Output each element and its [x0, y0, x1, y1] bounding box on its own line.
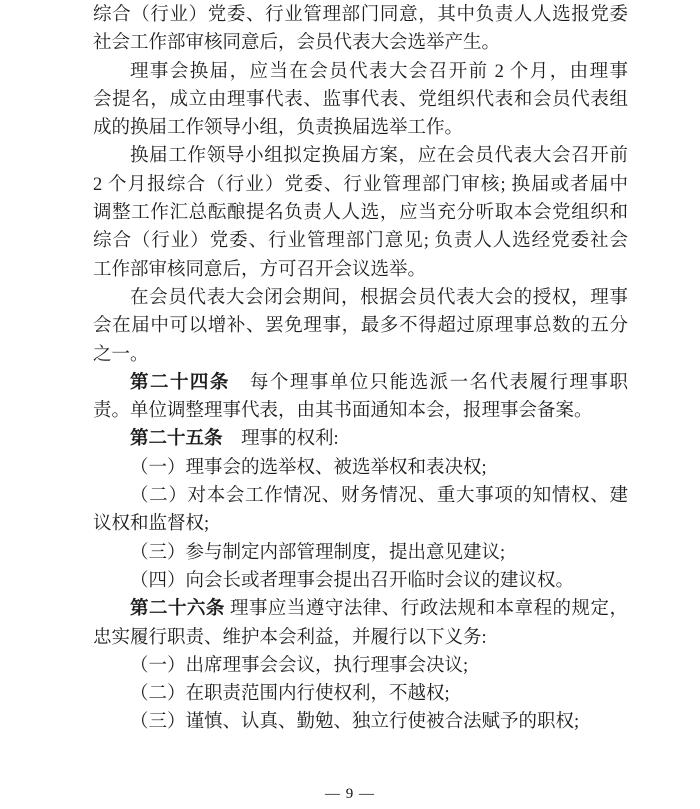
text-line: 调整工作汇总酝酿提名负责人人选，应当充分听取本会党组织和: [93, 199, 628, 227]
text-line: 第二十六条 理事应当遵守法律、行政法规和本章程的规定，: [93, 595, 628, 623]
text-line: 工作部审核同意后，方可召开会议选举。: [93, 256, 628, 284]
text-line: 综合（行业）党委、行业管理部门同意，其中负责人人选报党委: [93, 1, 628, 29]
text-line: 责。单位调整理事代表，由其书面通知本会，报理事会备案。: [93, 397, 628, 425]
page-number: — 9 —: [0, 786, 700, 803]
article-heading: 第二十六条: [130, 599, 225, 619]
text-line: 综合（行业）党委、行业管理部门意见; 负责人人选经党委社会: [93, 227, 628, 255]
text-line: （一）理事会的选举权、被选举权和表决权;: [93, 454, 628, 482]
text-line: （二）在职责范围内行使权利，不越权;: [93, 680, 628, 708]
article-heading: 第二十五条: [130, 429, 223, 449]
text-line: （三）谨慎、认真、勤勉、独立行使被合法赋予的职权;: [93, 708, 628, 736]
text-line: 会在届中可以增补、罢免理事，最多不得超过原理事总数的五分: [93, 312, 628, 340]
text-line: （四）向会长或者理事会提出召开临时会议的建议权。: [93, 567, 628, 595]
article-text: 每个理事单位只能选派一名代表履行理事职: [230, 373, 628, 393]
text-line: 第二十五条 理事的权利:: [93, 425, 628, 453]
text-line: 忠实履行职责、维护本会利益，并履行以下义务:: [93, 624, 628, 652]
text-line: 在会员代表大会闭会期间，根据会员代表大会的授权，理事: [93, 284, 628, 312]
text-line: 第二十四条 每个理事单位只能选派一名代表履行理事职: [93, 369, 628, 397]
text-line: 理事会换届，应当在会员代表大会召开前 2 个月，由理事: [93, 58, 628, 86]
text-line: （二）对本会工作情况、财务情况、重大事项的知情权、建: [93, 482, 628, 510]
article-text: 理事应当遵守法律、行政法规和本章程的规定，: [225, 599, 628, 619]
text-line: 2 个月报综合（行业）党委、行业管理部门审核; 换届或者届中: [93, 171, 628, 199]
article-text: 理事的权利:: [223, 429, 339, 449]
text-line: 之一。: [93, 341, 628, 369]
document-body: 综合（行业）党委、行业管理部门同意，其中负责人人选报党委 社会工作部审核同意后，…: [93, 1, 628, 737]
text-line: 成的换届工作领导小组，负责换届选举工作。: [93, 114, 628, 142]
text-line: （三）参与制定内部管理制度，提出意见建议;: [93, 539, 628, 567]
text-line: 社会工作部审核同意后，会员代表大会选举产生。: [93, 29, 628, 57]
article-heading: 第二十四条: [130, 373, 230, 393]
text-line: （一）出席理事会会议，执行理事会决议;: [93, 652, 628, 680]
text-line: 换届工作领导小组拟定换届方案，应在会员代表大会召开前: [93, 142, 628, 170]
text-line: 议权和监督权;: [93, 510, 628, 538]
text-line: 会提名，成立由理事代表、监事代表、党组织代表和会员代表组: [93, 86, 628, 114]
